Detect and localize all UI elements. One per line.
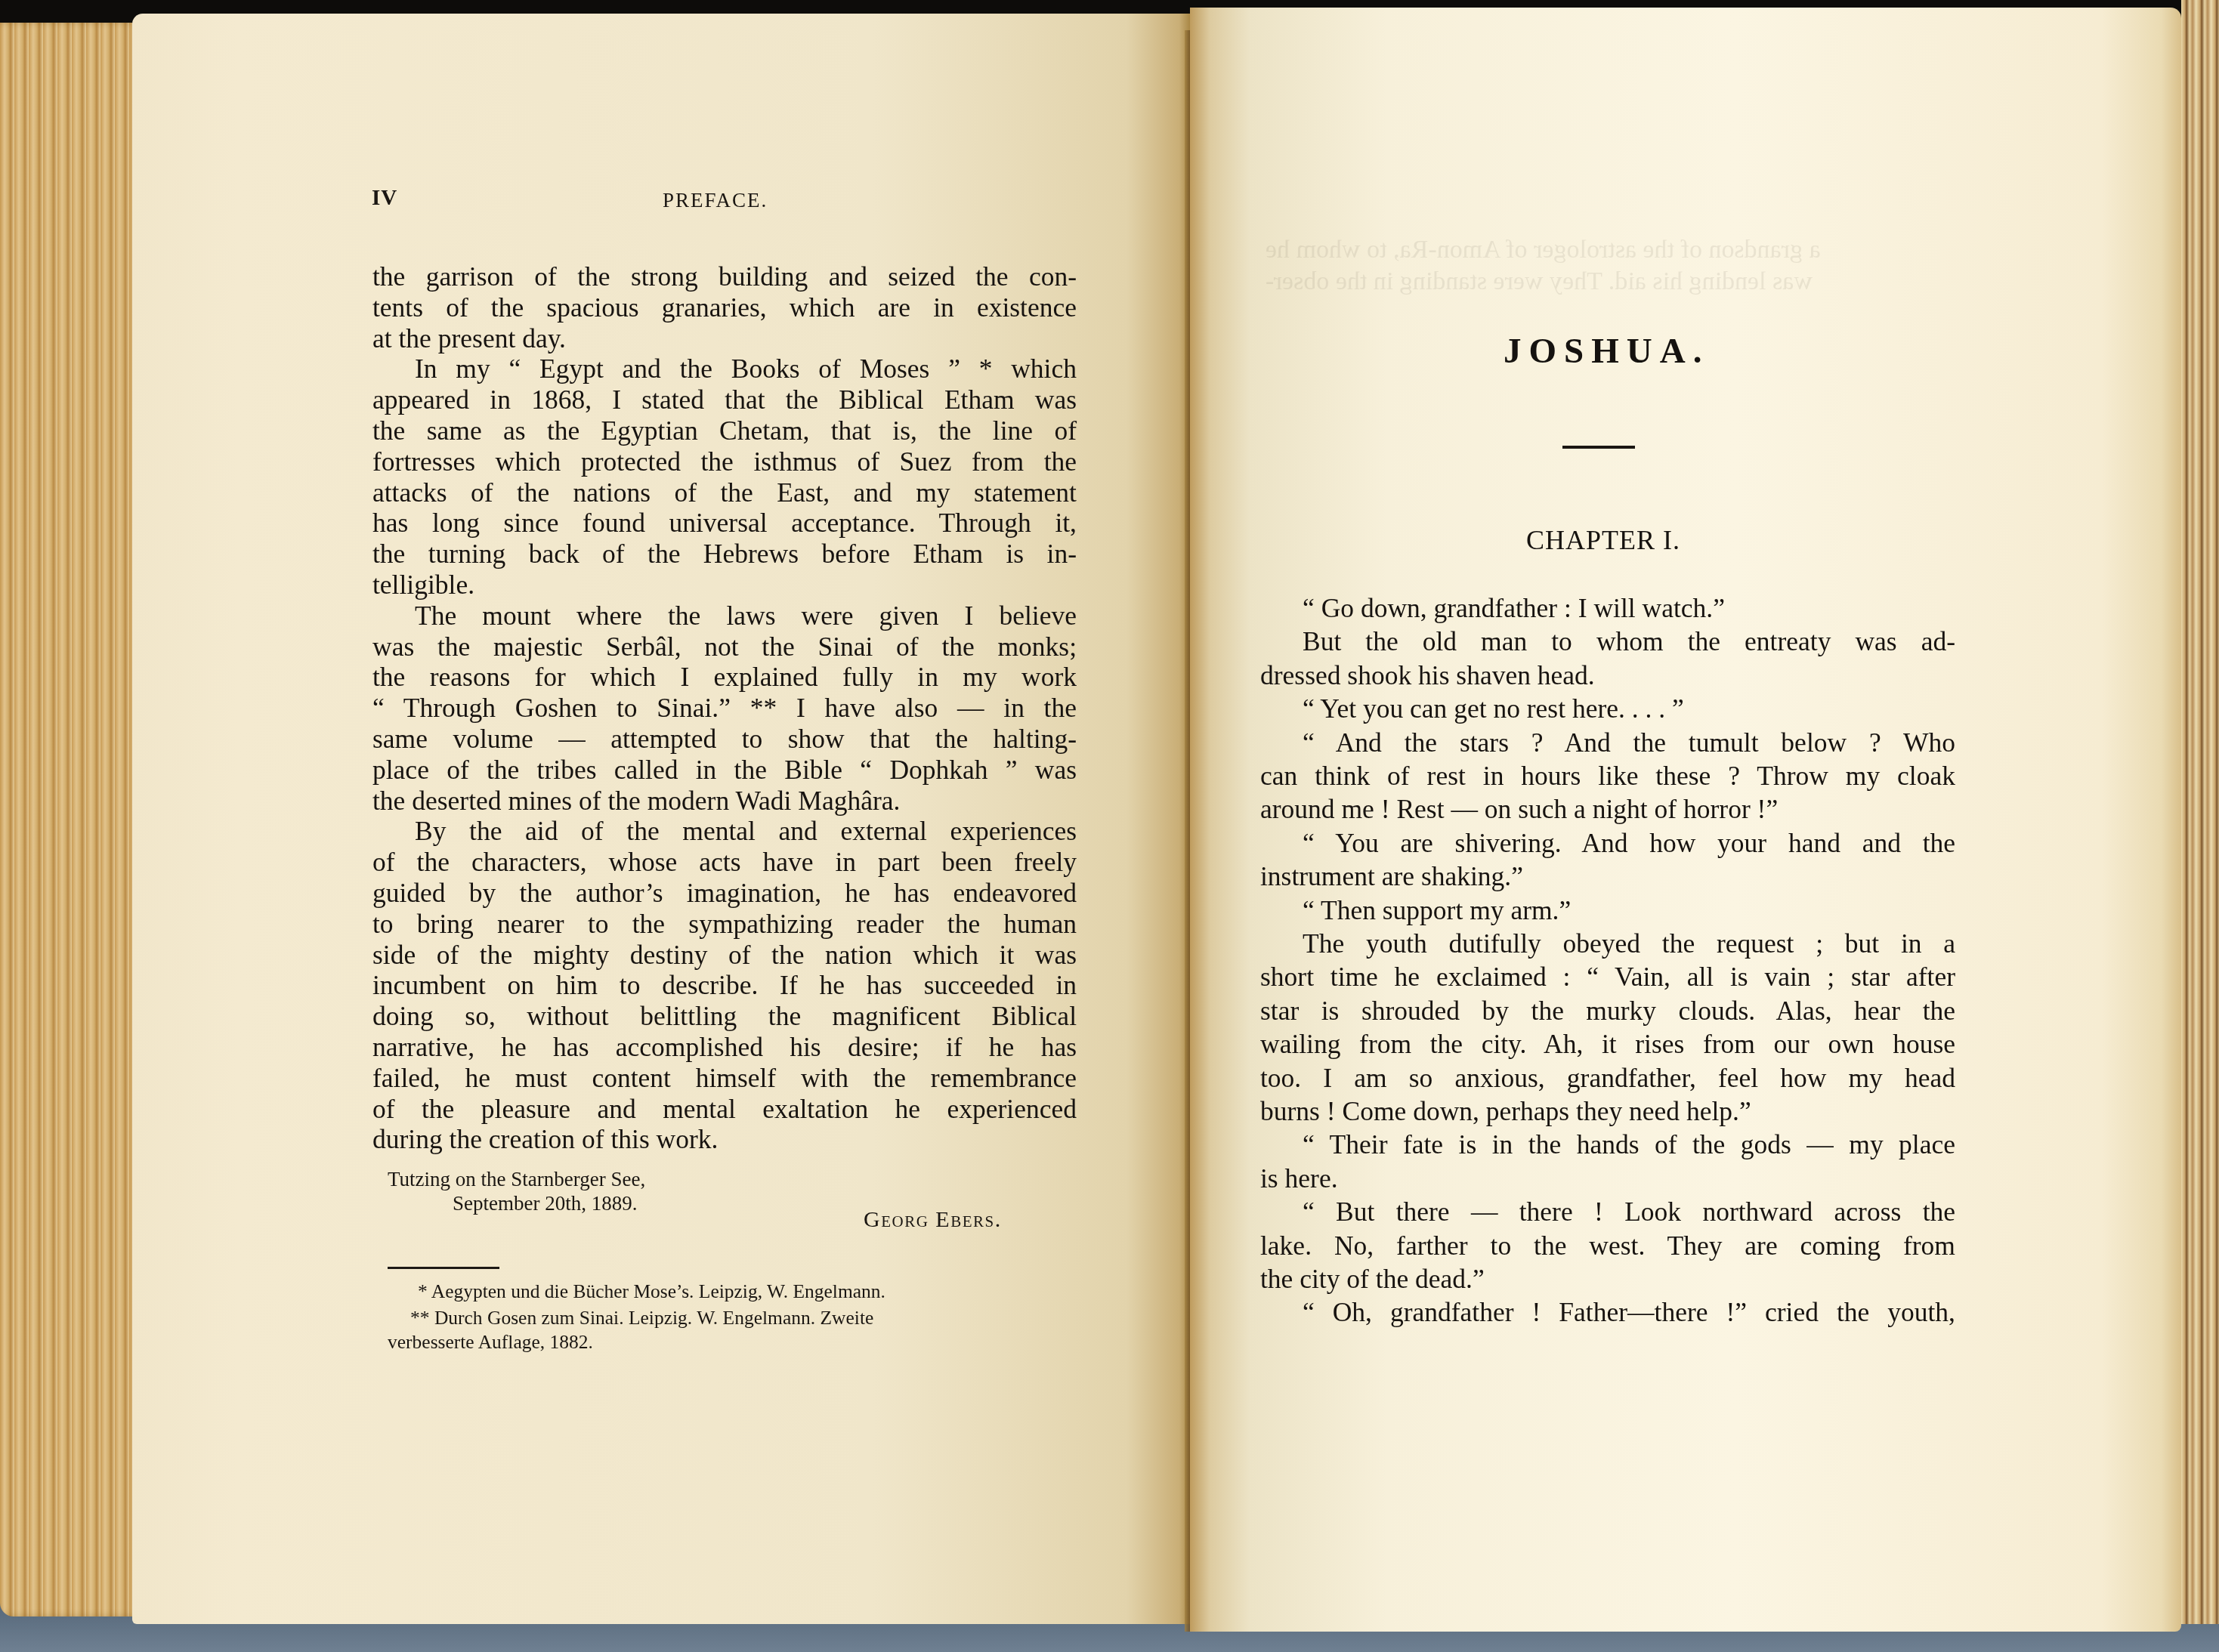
footnote-2-continued: verbesserte Auflage, 1882. (388, 1330, 593, 1354)
text-line: wailing from the city. Ah, it rises from… (1260, 1029, 1955, 1059)
text-line: same volume — attempted to show that the… (372, 724, 1077, 754)
text-line: short time he exclaimed : “ Vain, all is… (1260, 962, 1955, 992)
text-line: instrument are shaking.” (1260, 861, 1955, 891)
author-signature: Georg Ebers. (864, 1207, 1002, 1233)
title-rule (1562, 446, 1635, 449)
text-line: incumbent on him to describe. If he has … (372, 970, 1077, 1000)
signoff-date: September 20th, 1889. (453, 1191, 637, 1215)
text-line: can think of rest in hours like these ? … (1260, 761, 1955, 791)
page-number: IV (372, 186, 397, 211)
signoff-place: Tutzing on the Starnberger See, (388, 1167, 645, 1191)
text-line: “ Then support my arm.” (1260, 895, 1955, 925)
book-title: JOSHUA. (1504, 331, 1709, 372)
text-line: telligible. (372, 570, 1077, 600)
text-line: “ You are shivering. And how your hand a… (1260, 828, 1955, 858)
text-line: place of the tribes called in the Bible … (372, 755, 1077, 785)
text-line: tents of the spacious granaries, which a… (372, 292, 1077, 323)
text-line: star is shrouded by the murky clouds. Al… (1260, 996, 1955, 1026)
text-line: failed, he must content himself with the… (372, 1063, 1077, 1093)
text-line: “ And the stars ? And the tumult below ?… (1260, 727, 1955, 758)
text-line: narrative, he has accomplished his desir… (372, 1032, 1077, 1062)
text-line: was the majestic Serbâl, not the Sinai o… (372, 631, 1077, 662)
text-line: By the aid of the mental and external ex… (372, 816, 1077, 846)
text-line: at the present day. (372, 323, 1077, 354)
text-line: the turning back of the Hebrews before E… (372, 539, 1077, 569)
left-page: IV PREFACE. the garrison of the strong b… (132, 14, 1190, 1624)
text-line: “ But there — there ! Look northward acr… (1260, 1197, 1955, 1227)
text-line: The youth dutifully obeyed the request ;… (1260, 928, 1955, 959)
text-line: burns ! Come down, perhaps they need hel… (1260, 1096, 1955, 1126)
text-line: to bring nearer to the sympathizing read… (372, 909, 1077, 939)
text-line: the garrison of the strong building and … (372, 261, 1077, 292)
text-line: around me ! Rest — on such a night of ho… (1260, 794, 1955, 824)
text-line: “ Yet you can get no rest here. . . . ” (1260, 693, 1955, 724)
bleed-through-text: a grandson of the astrologer of Amon-Ra,… (1266, 234, 1821, 266)
text-line: the same as the Egyptian Chetam, that is… (372, 415, 1077, 446)
text-line: the reasons for which I explained fully … (372, 662, 1077, 692)
text-line: fortresses which protected the isthmus o… (372, 446, 1077, 477)
text-line: The mount where the laws were given I be… (372, 601, 1077, 631)
text-line: “ Oh, grandfather ! Father—there !” crie… (1260, 1297, 1955, 1327)
text-line: is here. (1260, 1163, 1955, 1193)
text-line: of the characters, whose acts have in pa… (372, 847, 1077, 877)
text-line: guided by the author’s imagination, he h… (372, 878, 1077, 908)
footnote-rule (388, 1267, 499, 1269)
text-line: has long since found universal acceptanc… (372, 508, 1077, 538)
text-line: the city of the dead.” (1260, 1264, 1955, 1294)
text-line: attacks of the nations of the East, and … (372, 477, 1077, 508)
running-head: PREFACE. (663, 189, 768, 212)
text-line: “ Their fate is in the hands of the gods… (1260, 1129, 1955, 1159)
book-fore-edge-left (0, 23, 140, 1616)
text-line: the deserted mines of the modern Wadi Ma… (372, 786, 1077, 816)
text-line: lake. No, farther to the west. They are … (1260, 1231, 1955, 1261)
text-line: side of the mighty destiny of the nation… (372, 940, 1077, 970)
text-line: of the pleasure and mental exaltation he… (372, 1094, 1077, 1124)
text-line: dressed shook his shaven head. (1260, 660, 1955, 690)
text-line: “ Go down, grandfather : I will watch.” (1260, 593, 1955, 623)
footnote-2: ** Durch Gosen zum Sinai. Leipzig. W. En… (410, 1306, 873, 1329)
text-line: In my “ Egypt and the Books of Moses ” *… (372, 354, 1077, 384)
text-line: during the creation of this work. (372, 1124, 1077, 1154)
right-page: a grandson of the astrologer of Amon-Ra,… (1190, 8, 2181, 1632)
text-line: But the old man to whom the entreaty was… (1260, 626, 1955, 656)
book-fore-edge-right (2181, 0, 2219, 1624)
text-line: “ Through Goshen to Sinai.” ** I have al… (372, 693, 1077, 723)
text-line: doing so, without belittling the magnifi… (372, 1001, 1077, 1031)
bleed-through-text: was lending his aid. They were standing … (1266, 266, 1813, 298)
text-line: too. I am so anxious, grandfather, feel … (1260, 1063, 1955, 1093)
text-line: appeared in 1868, I stated that the Bibl… (372, 384, 1077, 415)
footnote-1: * Aegypten und die Bücher Mose’s. Leipzi… (418, 1280, 885, 1303)
chapter-heading: CHAPTER I. (1526, 524, 1680, 556)
